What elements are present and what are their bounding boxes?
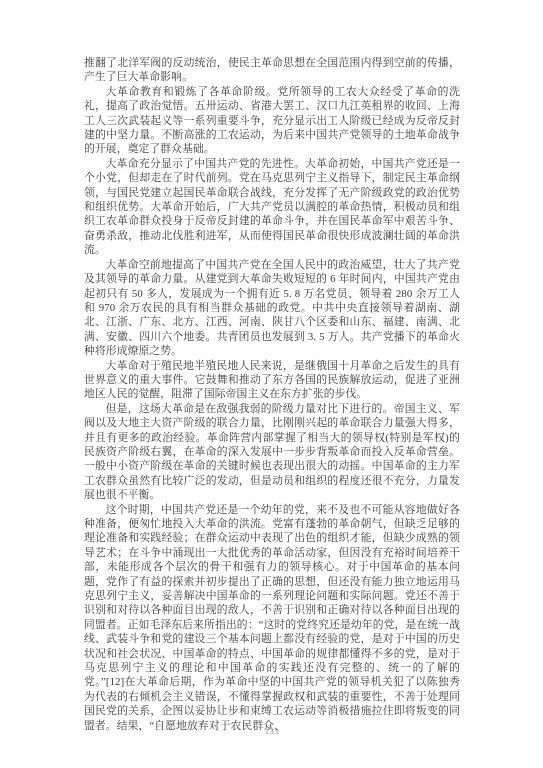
paragraph: 这个时期，中国共产党还是一个幼年的党，来不及也不可能从容地做好各种准备，便匆忙地… [84, 503, 460, 734]
paragraph: 大革命对于殖民地半殖民地人民来说，是继俄国十月革命之后发生的具有世界意义的重大事… [84, 359, 460, 402]
paragraph: 但是，这场大革命是在敌强我弱的阶级力量对比下进行的。帝国主义、军阀以及大地主大资… [84, 402, 460, 503]
paragraph: 大革命空前地提高了中国共产党在全国人民中的政治威望，壮大了共产党及其领导的革命力… [84, 258, 460, 359]
document-page: 推翻了北洋军阀的反动统治，使民主革命思想在全国范围内得到空前的传播，产生了巨大革… [0, 0, 543, 768]
paragraph: 大革命教育和锻炼了各革命阶级。党所领导的工农大众经受了革命的洗礼，提高了政治觉悟… [84, 85, 460, 157]
paragraph: 推翻了北洋军阀的反动统治，使民主革命思想在全国范围内得到空前的传播，产生了巨大革… [84, 56, 460, 85]
paragraph: 大革命充分显示了中国共产党的先进性。大革命初始，中国共产党还是一个小党，但却走在… [84, 157, 460, 258]
text-block: 推翻了北洋军阀的反动统治，使民主革命思想在全国范围内得到空前的传播，产生了巨大革… [84, 56, 460, 733]
page-number: 133 [84, 726, 460, 736]
